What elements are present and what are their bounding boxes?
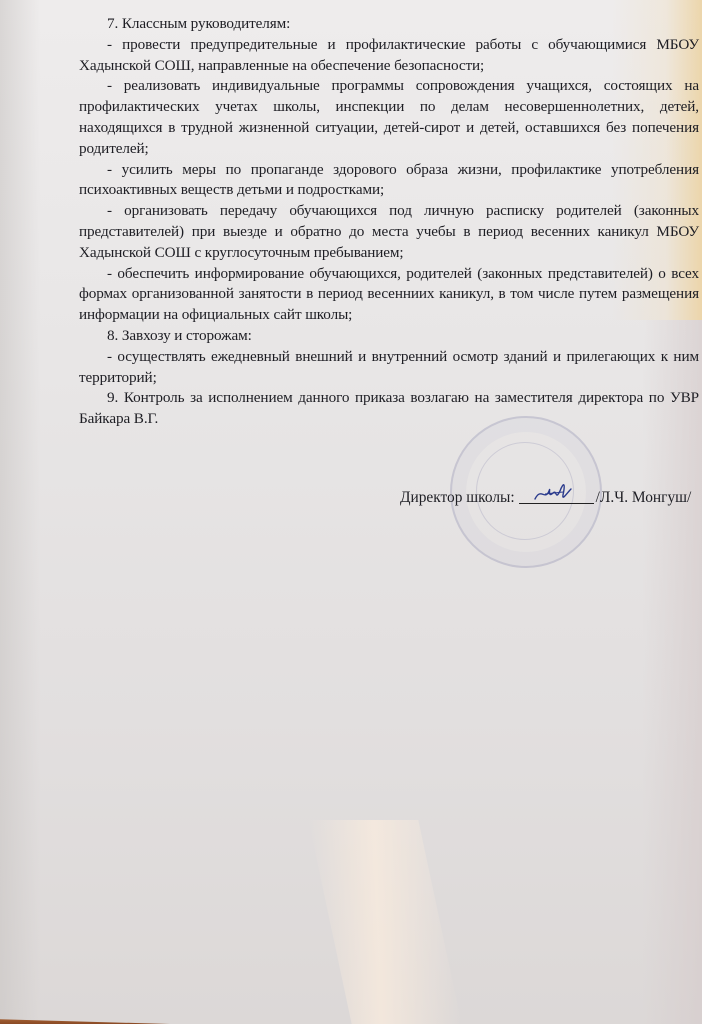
signature-line [519,487,594,504]
paragraph-item-7-bullet-4: - организовать передачу обучающихся под … [79,201,699,263]
fold-highlight [308,820,461,1024]
paragraph-item-7-bullet-1: - провести предупредительные и профилакт… [79,35,699,77]
paragraph-item-7-bullet-3: - усилить меры по пропаганде здорового о… [79,160,699,202]
paragraph-item-8-bullet-1: - осуществлять ежедневный внешний и внут… [79,347,699,389]
paragraph-item-7-bullet-5: - обеспечить информирование обучающихся,… [79,264,699,326]
paragraph-item-7-bullet-2: - реализовать индивидуальные программы с… [79,76,699,159]
document-body: 7. Классным руководителям: - провести пр… [79,14,699,430]
section-heading-item-8: 8. Завхозу и сторожам: [79,326,699,347]
signature-scribble-icon [533,479,573,505]
signature-block: Директор школы: /Л.Ч. Монгуш/ [400,487,691,507]
signature-label: Директор школы: [400,489,515,507]
section-heading-item-7: 7. Классным руководителям: [79,14,699,35]
paragraph-item-9: 9. Контроль за исполнением данного прика… [79,388,699,430]
table-edge [0,1016,170,1024]
signatory-name: /Л.Ч. Монгуш/ [596,489,692,507]
paper-page: 7. Классным руководителям: - провести пр… [0,0,702,1024]
